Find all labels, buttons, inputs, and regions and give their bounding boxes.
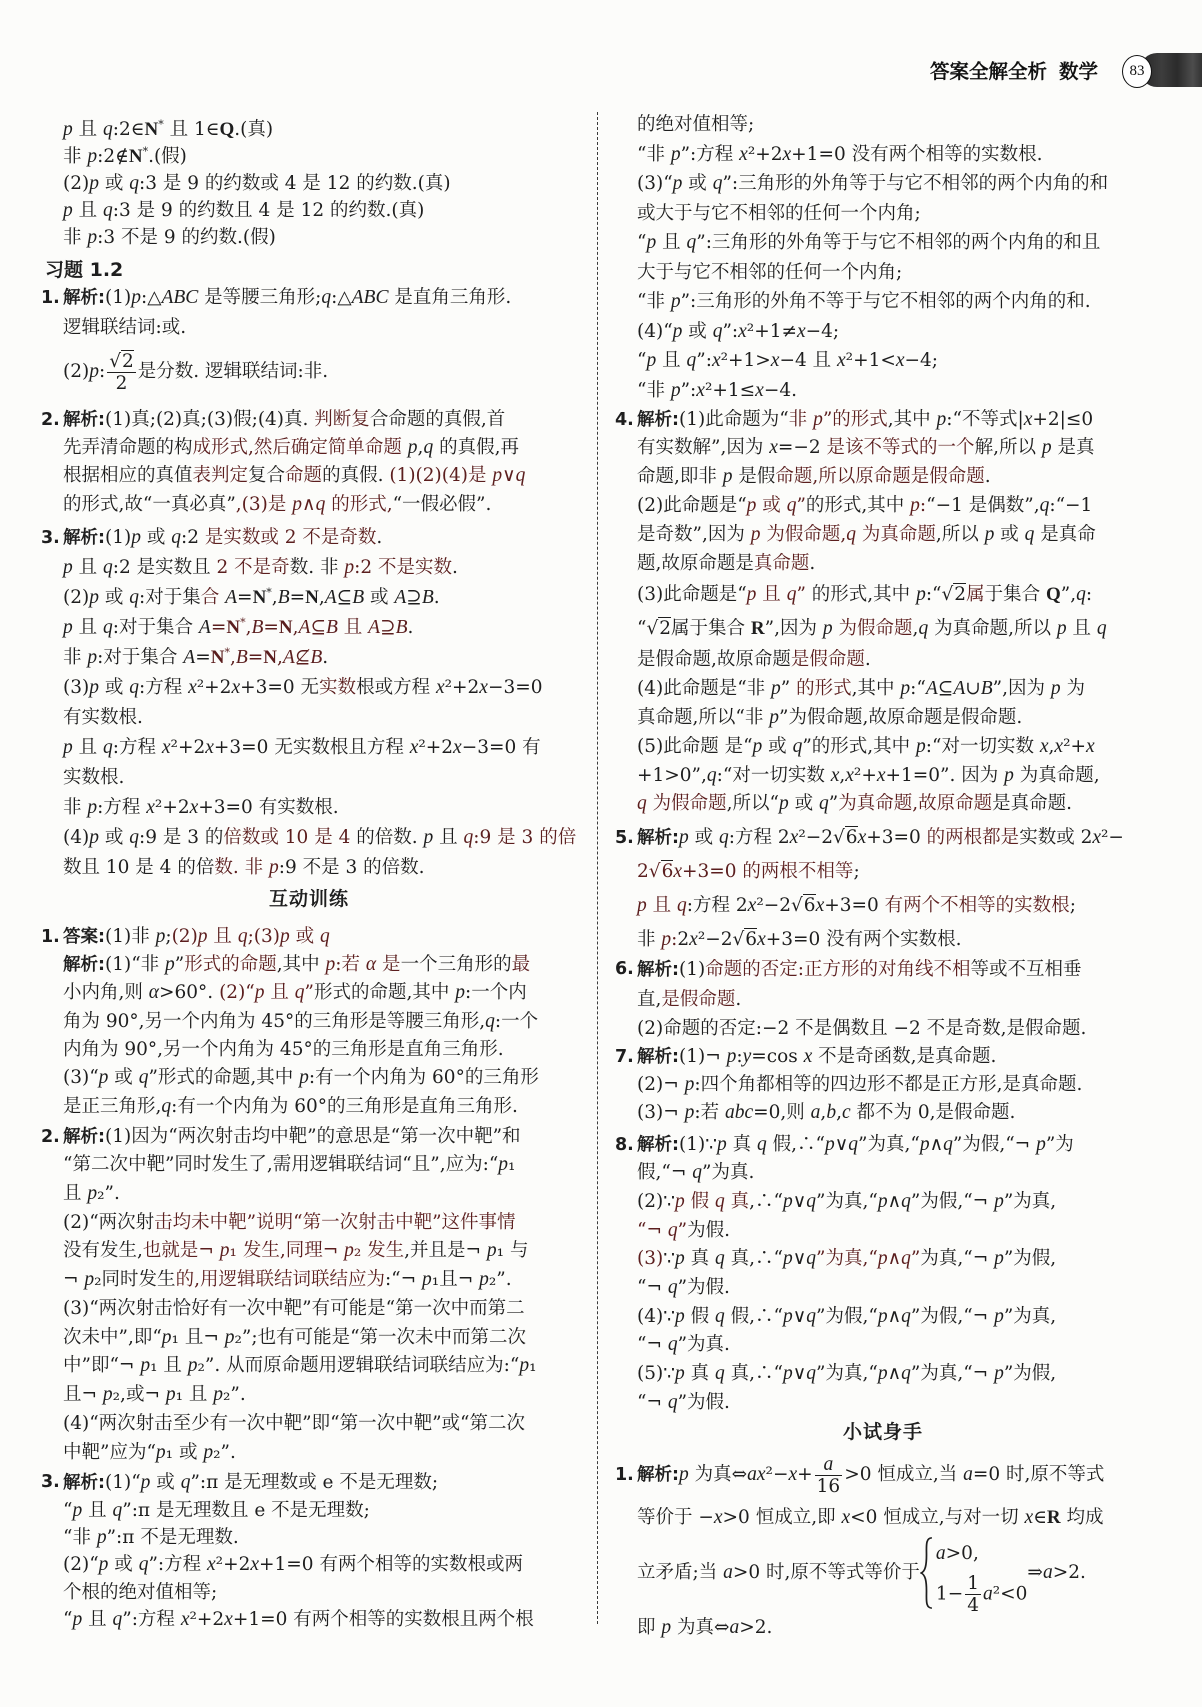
- text-segment: p 且 q:方程 x²+2x+3=0 无实数根且方程 x²+2x−3=0 有: [63, 737, 541, 758]
- text-segment: 的绝对值相等;: [637, 114, 754, 135]
- text-line: 非 p:对于集合 A=N*,B=N,A⊈B.: [63, 643, 583, 673]
- interactive-question-4: 4.解析:(1)此命题为“非 p”的形式,其中 p:“不等式|x+2|≤0有实数…: [637, 406, 1157, 820]
- text-line: 且¬ p₂,或¬ p₁ 且 p₂”.: [63, 1381, 583, 1410]
- text-segment: (2)¬ p:四个角都相等的四边形不都是正方形,是真命题.: [637, 1074, 1082, 1095]
- text-segment: (1)∵p 真 q 假,∴“p∨q”为真,“p∧q”为假,“¬ p”为: [679, 1134, 1074, 1155]
- highlighted-text: 2√6x+3=0 的两根不相等: [637, 860, 853, 882]
- text-segment: “p 且 q”:方程 x²+2x+1=0 有两个相等的实数根且两个根: [63, 1609, 534, 1630]
- text-segment: ;: [1070, 895, 1076, 916]
- answer-label: 解析:: [63, 1473, 105, 1493]
- text-line: p 且 q:3 是 9 的约数且 4 是 12 的约数.(真): [63, 197, 583, 224]
- highlighted-text: 命题,所以原命题是假命题: [775, 466, 984, 487]
- text-line: 是正三角形,q:有一个内角为 60°的三角形是直角三角形.: [63, 1093, 583, 1121]
- text-line: 2√6x+3=0 的两根不相等;: [637, 855, 1157, 889]
- text-segment: “第二次中靶”同时发生了,需用逻辑联结词“且”,应为:“p₁: [63, 1154, 515, 1175]
- text-segment: 没有发生,: [63, 1240, 143, 1261]
- text-segment: 复合: [248, 465, 285, 486]
- text-line: 有实数解”,因为 x=−2 是该不等式的一个解,所以 p 是真: [637, 434, 1157, 463]
- text-line: (4)p 或 q:9 是 3 的倍数或 10 是 4 的倍数. p 且 q:9 …: [63, 823, 583, 853]
- text-line: p 且 q:2∈N* 且 1∈Q.(真): [63, 116, 583, 143]
- text-line: 非 p:3 不是 9 的约数.(假): [63, 224, 583, 251]
- text-line: “非 p”:方程 x²+2x+1=0 没有两个相等的实数根.: [637, 140, 1157, 170]
- highlighted-text: 成形式,然后确定简单命题: [193, 437, 402, 458]
- text-line: “¬ q”为假.: [637, 1389, 1157, 1418]
- text-line: 中靶”应为“p₁ 或 p₂”.: [63, 1439, 583, 1468]
- text-line: 真命题,所以“非 p”为假命题,故原命题是假命题.: [637, 704, 1157, 733]
- highlighted-text: 命题的否定:正方形的对角线不相: [705, 959, 970, 980]
- text-line: 题,故原命题是真命题.: [637, 550, 1157, 579]
- text-segment: 中”即“¬ p₁ 且 p₂”. 从而原命题用逻辑联结词联结应为:“p₁: [63, 1355, 537, 1376]
- text-line: (2)∵p 假 q 真,∴“p∨q”为真,“p∧q”为假,“¬ p”为真,: [637, 1188, 1157, 1217]
- highlighted-text: 是假命题: [791, 649, 865, 670]
- text-segment: 为假.: [687, 1220, 730, 1241]
- text-line: p 且 q:2 是实数且 2 不是奇数. 非 p:2 不是实数.: [63, 553, 583, 583]
- interactive-question-2: 2.解析:(1)因为“两次射击均中靶”的意思是“第一次中靶”和“第二次中靶”同时…: [63, 1123, 583, 1468]
- text-segment: ,其中 p:“不等式|x+2|≤0: [888, 409, 1093, 430]
- text-segment: 为真,“¬ p”为假,: [920, 1248, 1056, 1269]
- text-segment: .: [322, 647, 328, 668]
- text-segment: “¬ q”为假.: [637, 1392, 730, 1413]
- text-segment: p 且 q:2∈N* 且 1∈Q.(真): [63, 119, 273, 140]
- text-segment: 是奇数”,因为: [637, 524, 751, 545]
- text-line: 1.解析:p 为真⇔ax²−x+a16>0 恒成立,当 a=0 时,原不等式: [637, 1446, 1157, 1504]
- text-line: 内角为 90°,另一个内角为 45°的三角形是直角三角形.: [63, 1036, 583, 1064]
- text-line: 非 p:2x²−2√6x+3=0 没有两个实数根.: [637, 923, 1157, 957]
- text-segment: ⇒a>2.: [1027, 1562, 1085, 1583]
- text-segment: (3)此命题是“: [637, 584, 747, 605]
- text-segment: 1−: [936, 1584, 963, 1605]
- continued-answer: p 且 q:2∈N* 且 1∈Q.(真)非 p:2∉N*.(假)(2)p 或 q…: [63, 116, 583, 251]
- text-line: 7.解析:(1)¬ p:y=cos x 不是奇函数,是真命题.: [637, 1043, 1157, 1071]
- text-segment: ,q 为真命题,所以 p 且 q: [913, 618, 1107, 639]
- highlighted-text: ,(3)是 p∧q 的形式,: [236, 494, 393, 515]
- text-segment: (1)非 p;: [105, 926, 172, 947]
- highlighted-text: p 假 q 真: [675, 1191, 749, 1212]
- exercise-question-3: 3.解析:(1)p 或 q:2 是实数或 2 不是奇数.p 且 q:2 是实数且…: [63, 523, 583, 883]
- highlighted-text: p 或 q”: [747, 495, 806, 516]
- text-segment: ,所以“p 或 q”: [727, 793, 839, 814]
- text-segment: 或大于与它不相邻的任何一个内角;: [637, 203, 921, 224]
- text-line: 中”即“¬ p₁ 且 p₂”. 从而原命题用逻辑联结词联结应为:“p₁: [63, 1352, 583, 1381]
- text-segment: (3)¬ p:若 abc=0,则 a,b,c 都不为 0,是假命题.: [637, 1102, 1015, 1123]
- text-segment: 等或不互相垂: [970, 959, 1081, 980]
- interactive-question-3: 3.解析:(1)“p 或 q”:π 是无理数或 e 不是无理数;“p 且 q”:…: [63, 1469, 583, 1633]
- text-line: 2.解析:(1)因为“两次射击均中靶”的意思是“第一次中靶”和: [63, 1123, 583, 1152]
- text-segment: 直,: [637, 989, 661, 1010]
- text-segment: 先弄清命题的构: [63, 437, 193, 458]
- text-segment: (1)“p 或 q”:π 是无理数或 e 不是无理数;: [105, 1472, 438, 1493]
- highlighted-text: p 为假命题,q 为真命题: [751, 524, 936, 545]
- text-segment: 的倍数. p 且: [350, 827, 463, 848]
- question-number: 7.: [615, 1043, 634, 1071]
- text-line: 先弄清命题的构成形式,然后确定简单命题 p,q 的真假,再: [63, 434, 583, 462]
- text-segment: +1>0”,q:“对一切实数 x,x²+x+1=0”. 因为 p 为真命题,: [637, 765, 1100, 786]
- question-number: 3.: [41, 523, 60, 553]
- text-segment: .: [809, 553, 815, 574]
- text-segment: 于集合 Q”,q:: [985, 584, 1093, 605]
- text-line: p 且 q:对于集合 A=N*,B=N,A⊆B 且 A⊇B.: [63, 613, 583, 643]
- highlighted-text: p:2 不是实数: [344, 557, 452, 578]
- text-line: “p 且 q”:方程 x²+2x+1=0 有两个相等的实数根且两个根: [63, 1606, 583, 1633]
- text-line: “¬ q”为假.: [637, 1217, 1157, 1246]
- highlighted-text: 2 不是奇: [217, 557, 290, 578]
- text-line: “非 p”:三角形的外角不等于与它不相邻的两个内角的和.: [637, 287, 1157, 317]
- text-line: p 且 q:方程 x²+2x+3=0 无实数根且方程 x²+2x−3=0 有: [63, 733, 583, 763]
- case-row: a>0,: [936, 1535, 1028, 1573]
- highlighted-text: 倍数或 10 是 4: [223, 827, 350, 848]
- text-line: 个根的绝对值相等;: [63, 1579, 583, 1606]
- left-brace-icon: [920, 1537, 933, 1609]
- text-line: ¬ p₂同时发生的,用逻辑联结词联结应为:“¬ p₁且¬ p₂”.: [63, 1266, 583, 1295]
- question-number: 5.: [615, 821, 634, 855]
- text-line: 即 p 为真⇔a>2.: [637, 1614, 1157, 1642]
- interactive-question-3-continued: 的绝对值相等;“非 p”:方程 x²+2x+1=0 没有两个相等的实数根.(3)…: [637, 110, 1157, 405]
- text-segment: ,并且是¬ p₁ 与: [404, 1240, 528, 1261]
- text-segment: p 且 q:3 是 9 的约数且 4 是 12 的约数.(真): [63, 200, 424, 221]
- text-line: p 且 q:方程 2x²−2√6x+3=0 有两个不相等的实数根;: [637, 889, 1157, 923]
- text-segment: (4)p 或 q:9 是 3 的: [63, 827, 223, 848]
- text-line: (2)此命题是“p 或 q”的形式,其中 p:“−1 是偶数”,q:“−1: [637, 492, 1157, 521]
- text-line: 且 p₂”.: [63, 1180, 583, 1209]
- text-segment: 非 p:2∉N*.(假): [63, 146, 187, 167]
- text-line: 3.解析:(1)“p 或 q”:π 是无理数或 e 不是无理数;: [63, 1469, 583, 1496]
- highlighted-text: ”为真,“p∧q”: [816, 1248, 920, 1269]
- text-segment: 实数或 2x²−: [1019, 827, 1124, 848]
- text-line: 数且 10 是 4 的倍数. 非 p:9 不是 3 的倍数.: [63, 853, 583, 883]
- answer-label: 解析:: [63, 288, 105, 308]
- text-segment: (2)p 或 q:对于集: [63, 587, 201, 608]
- interactive-question-8: 8.解析:(1)∵p 真 q 假,∴“p∨q”为真,“p∧q”为假,“¬ p”为…: [637, 1131, 1157, 1418]
- text-segment: 等价于 −x>0 恒成立,即 x<0 恒成立,与对一切 x∈R 均成: [637, 1507, 1104, 1528]
- text-segment: “非 p”:x²+1≤x−4.: [637, 380, 797, 401]
- text-segment: A=N*,B=N,A⊆B 或 A⊇B.: [219, 587, 439, 608]
- text-segment: “p 且 q”:π 是无理数且 e 不是无理数;: [63, 1500, 370, 1521]
- text-line: “p 且 q”:三角形的外角等于与它不相邻的两个内角的和且: [637, 228, 1157, 258]
- text-segment: .: [865, 649, 871, 670]
- text-segment: (5)此命题 是“p 或 q”的形式,其中 p:“对一切实数 x,x²+x: [637, 736, 1095, 757]
- highlighted-text: p 且 q: [637, 895, 687, 916]
- text-segment: “p 且 q”:三角形的外角等于与它不相邻的两个内角的和且: [637, 232, 1100, 253]
- fraction-denominator: 2: [107, 373, 136, 394]
- question-number: 1.: [41, 283, 60, 313]
- highlighted-text: 是该不等式的一个: [827, 437, 975, 458]
- text-line: 2.解析:(1)真;(2)真;(3)假;(4)真. 判断复合命题的真假,首: [63, 406, 583, 434]
- question-number: 8.: [615, 1131, 634, 1160]
- highlighted-text: 是实数或 2 不是奇数: [205, 527, 377, 548]
- text-segment: (2)“p 或 q”:方程 x²+2x+1=0 有两个相等的实数根或两: [63, 1554, 523, 1575]
- text-segment: (4)“p 或 q”:x²+1≠x−4;: [637, 321, 839, 342]
- text-segment: “一假必假”.: [393, 494, 492, 515]
- text-segment: 且 p₂”.: [63, 1183, 120, 1204]
- text-line: (2)p 或 q:3 是 9 的约数或 4 是 12 的约数.(真): [63, 170, 583, 197]
- page-number: 83: [1130, 63, 1145, 79]
- text-segment: 的真假.: [322, 465, 389, 486]
- text-segment: (2)∵: [637, 1191, 675, 1212]
- text-segment: p,q 的真假,再: [402, 437, 519, 458]
- highlighted-text: (2)p 且 q;(3)p 或 q: [172, 926, 330, 947]
- text-line: 根据相应的真值表判定复合命题的真假. (1)(2)(4)是 p∨q: [63, 462, 583, 490]
- text-segment: ∵p 真 q 真,∴“p∨q: [663, 1248, 816, 1269]
- highlighted-text: 非 p”的形式: [789, 409, 888, 430]
- text-segment: a>0,: [936, 1543, 979, 1564]
- case-row: 1−14a²<0: [936, 1573, 1028, 1611]
- text-segment: 非 p:3 不是 9 的约数.(假): [63, 227, 276, 248]
- text-line: 5.解析:p 或 q:方程 2x²−2√6x+3=0 的两根都是实数或 2x²−: [637, 821, 1157, 855]
- text-line: (2)“p 或 q”:方程 x²+2x+1=0 有两个相等的实数根或两: [63, 1551, 583, 1578]
- fraction: 14: [965, 1573, 981, 1616]
- practice-question-1: 1.解析:p 为真⇔ax²−x+a16>0 恒成立,当 a=0 时,原不等式等价…: [637, 1446, 1157, 1642]
- text-segment: (3)p 或 q:方程 x²+2x+3=0 无: [63, 677, 319, 698]
- text-line: 解析:(1)“非 p”形式的命题,其中 p:若 α 是一个三角形的最: [63, 951, 583, 979]
- text-segment: (1)“非 p”: [105, 954, 184, 975]
- text-line: 1.答案:(1)非 p;(2)p 且 q;(3)p 或 q: [63, 923, 583, 951]
- text-segment: ,其中: [277, 954, 326, 975]
- text-line: “非 p”:π 不是无理数.: [63, 1524, 583, 1551]
- question-number: 1.: [41, 923, 60, 951]
- text-segment: :9 不是 3 的倍数.: [279, 857, 425, 878]
- highlighted-text: N*,B=N,A⊈B: [211, 647, 323, 668]
- text-line: (3)¬ p:若 abc=0,则 a,b,c 都不为 0,是假命题.: [637, 1099, 1157, 1127]
- text-segment: ¬ p₂同时发生: [63, 1269, 176, 1290]
- fraction-denominator: 16: [815, 1476, 843, 1497]
- text-line: 小内角,则 α>60°. (2)“p 且 q”形式的命题,其中 p:一个内: [63, 979, 583, 1007]
- text-segment: (4)∵p 假 q 假,∴“p∨q”为假,“p∧q”为假,“¬ p”为真,: [637, 1306, 1056, 1327]
- highlighted-text: 是假命题: [661, 989, 735, 1010]
- highlighted-text: 实数: [319, 677, 356, 698]
- text-segment: (1)¬ p:y=cos x 不是奇函数,是真命题.: [679, 1046, 996, 1067]
- answer-label: 解析:: [637, 828, 679, 848]
- text-segment: 且¬ p₂,或¬ p₁ 且 p₂”.: [63, 1384, 246, 1405]
- text-segment: a²<0: [983, 1584, 1027, 1605]
- text-line: 次未中”,即“p₁ 且¬ p₂”;也有可能是“第一次未中而第二次: [63, 1324, 583, 1353]
- text-segment: 立矛盾;当 a>0 时,原不等式等价于: [637, 1562, 920, 1583]
- text-segment: p 且 q:2 是实数且: [63, 557, 217, 578]
- text-line: (4)∵p 假 q 假,∴“p∨q”为假,“p∧q”为假,“¬ p”为真,: [637, 1303, 1157, 1332]
- left-column: p 且 q:2∈N* 且 1∈Q.(真)非 p:2∉N*.(假)(2)p 或 q…: [63, 0, 583, 1707]
- text-segment: :“¬ p₁且¬ p₂”.: [385, 1269, 512, 1290]
- text-segment: >0 恒成立,当 a=0 时,原不等式: [844, 1464, 1104, 1485]
- text-segment: 是正三角形,q:有一个内角为 60°的三角形是直角三角形.: [63, 1096, 518, 1117]
- highlighted-text: 为假命题: [839, 618, 913, 639]
- text-line: “√2属于集合 R”,因为 p 为假命题,q 为真命题,所以 p 且 q: [637, 612, 1157, 646]
- text-segment: 一个三角形的: [401, 954, 512, 975]
- text-line: “¬ q”为假.: [637, 1274, 1157, 1303]
- text-line: (4)此命题是“非 p” 的形式,其中 p:“A⊆A∪B”,因为 p 为: [637, 675, 1157, 704]
- text-segment: “非 p”:方程 x²+2x+1=0 没有两个相等的实数根.: [637, 144, 1042, 165]
- text-segment: 内角为 90°,另一个内角为 45°的三角形是直角三角形.: [63, 1039, 504, 1060]
- exercise-question-2: 2.解析:(1)真;(2)真;(3)假;(4)真. 判断复合命题的真假,首先弄清…: [63, 406, 583, 519]
- interactive-question-1: 1.答案:(1)非 p;(2)p 且 q;(3)p 或 q解析:(1)“非 p”…: [63, 923, 583, 1121]
- text-segment: 解,所以 p 是真: [975, 437, 1095, 458]
- question-number: 1.: [615, 1446, 634, 1504]
- text-line: 3.解析:(1)p 或 q:2 是实数或 2 不是奇数.: [63, 523, 583, 553]
- question-number: 2.: [41, 406, 60, 434]
- text-segment: 是假命题,故原命题: [637, 649, 791, 670]
- text-line: 直,是假命题.: [637, 985, 1157, 1015]
- interactive-question-5: 5.解析:p 或 q:方程 2x²−2√6x+3=0 的两根都是实数或 2x²−…: [637, 821, 1157, 957]
- text-segment: .: [408, 617, 414, 638]
- text-segment: 的形式,其中 p:“√2: [806, 583, 966, 605]
- text-line: (5)∵p 真 q 真,∴“p∨q”为真,“p∧q”为真,“¬ p”为假,: [637, 1360, 1157, 1389]
- text-line: q 为假命题,所以“p 或 q”为真命题,故原命题是真命题.: [637, 790, 1157, 819]
- highlighted-text: 有两个不相等的实数根: [885, 895, 1070, 916]
- text-line: (3)“两次射击恰好有一次中靶”有可能是“第一次中而第二: [63, 1295, 583, 1324]
- case-system: a>0,1−14a²<0: [920, 1535, 1028, 1611]
- text-line: (2)命题的否定:−2 不是偶数且 −2 不是奇数,是假命题.: [637, 1014, 1157, 1044]
- text-segment: 中靶”应为“p₁ 或 p₂”.: [63, 1442, 236, 1463]
- text-line: (3)“p 或 q”:三角形的外角等于与它不相邻的两个内角的和: [637, 169, 1157, 199]
- text-segment: “非 p”:π 不是无理数.: [63, 1527, 239, 1548]
- text-segment: p 为真⇔ax²−x+: [679, 1464, 813, 1485]
- fraction-numerator: √2: [107, 351, 136, 373]
- text-line: 6.解析:(1)命题的否定:正方形的对角线不相等或不互相垂: [637, 955, 1157, 985]
- highlighted-text: 命题: [285, 465, 322, 486]
- highlighted-text: (3): [637, 1248, 663, 1269]
- answer-label: 解析:: [63, 528, 105, 548]
- text-segment: 的形式,故“一真必真”: [63, 494, 236, 515]
- text-segment: “−1 是偶数”,q:“−1: [926, 495, 1092, 516]
- text-segment: 非 p:对于集合 A=: [63, 647, 211, 668]
- text-segment: 命题,即非 p 是假: [637, 466, 775, 487]
- text-segment: 题,故原命题是: [637, 553, 754, 574]
- text-segment: 根或方程 x²+2x−3=0: [356, 677, 542, 698]
- text-segment: 是分数. 逻辑联结词:非.: [138, 361, 328, 382]
- highlighted-text: “¬ q”: [637, 1220, 687, 1241]
- text-segment: (3)“两次射击恰好有一次中靶”有可能是“第一次中而第二: [63, 1298, 525, 1319]
- text-segment: p 或 q:方程 2x²−2√6x+3=0: [679, 826, 927, 848]
- question-number: 3.: [41, 1469, 60, 1496]
- highlighted-text: p:: [910, 495, 926, 516]
- text-segment: (2)“两次射: [63, 1212, 154, 1233]
- text-line: 立矛盾;当 a>0 时,原不等式等价于a>0,1−14a²<0⇒a>2.: [637, 1532, 1157, 1614]
- text-line: “p 且 q”:x²+1>x−4 且 x²+1<x−4;: [637, 346, 1157, 376]
- answer-label: 解析:: [637, 1047, 679, 1067]
- text-segment: 即 p 为真⇔a>2.: [637, 1617, 772, 1638]
- text-segment: 根据相应的真值: [63, 465, 193, 486]
- answer-label: 解析:: [637, 1465, 679, 1485]
- text-segment: (3)“p 或 q”形式的命题,其中 p:有一个内角为 60°的三角形: [63, 1067, 539, 1088]
- text-line: 角为 90°,另一个内角为 45°的三角形是等腰三角形,q:一个: [63, 1008, 583, 1036]
- highlighted-text: 判断复: [314, 409, 370, 430]
- right-column: 的绝对值相等;“非 p”:方程 x²+2x+1=0 没有两个相等的实数根.(3)…: [637, 0, 1157, 1707]
- highlighted-text: p:: [661, 929, 677, 950]
- highlighted-text: 形式的命题: [184, 954, 277, 975]
- text-line: “第二次中靶”同时发生了,需用逻辑联结词“且”,应为:“p₁: [63, 1151, 583, 1180]
- highlighted-text: 表判定: [193, 465, 249, 486]
- fraction: √22: [107, 351, 136, 394]
- text-line: 没有发生,也就是¬ p₁ 发生,同理¬ p₂ 发生,并且是¬ p₁ 与: [63, 1237, 583, 1266]
- highlighted-text: 真命题: [754, 553, 810, 574]
- text-segment: “√2属于集合 R”,因为 p: [637, 617, 839, 639]
- text-segment: 的形式,其中: [806, 495, 910, 516]
- highlighted-text: =N*,B=N,A⊆B 且 A⊇B: [211, 617, 408, 638]
- answer-label: 解析:: [637, 960, 679, 980]
- highlighted-text: 为真命题,故原命题: [838, 793, 992, 814]
- highlighted-text: 也就是¬ p₁ 发生,同理¬ p₂ 发生: [143, 1240, 404, 1261]
- text-segment: (1)p:△ABC 是等腰三角形;q:△ABC 是直角三角形.: [105, 287, 511, 308]
- text-line: 的绝对值相等;: [637, 110, 1157, 140]
- highlighted-text: (1)(2)(4)是 p∨q: [389, 465, 525, 486]
- text-segment: 个根的绝对值相等;: [63, 1582, 217, 1603]
- fraction-numerator: 1: [965, 1573, 981, 1595]
- text-line: 是假命题,故原命题是假命题.: [637, 646, 1157, 675]
- text-segment: 是真命题.: [992, 793, 1072, 814]
- text-segment: (1)此命题为“: [679, 409, 789, 430]
- text-line: (3)p 或 q:方程 x²+2x+3=0 无实数根或方程 x²+2x−3=0: [63, 673, 583, 703]
- fraction-denominator: 4: [965, 1595, 981, 1616]
- highlighted-text: q:9 是 3 的倍: [464, 827, 577, 848]
- text-segment: 非 p:方程 x²+2x+3=0 有实数根.: [63, 797, 339, 818]
- text-line: 假,“¬ q”为真.: [637, 1159, 1157, 1188]
- text-segment: ,∴“p∨q”为真,“p∧q”为假,“¬ p”为真,: [749, 1191, 1056, 1212]
- text-segment: ;: [853, 861, 859, 882]
- text-segment: 角为 90°,另一个内角为 45°的三角形是等腰三角形,q:一个: [63, 1011, 538, 1032]
- text-segment: (2)p:: [63, 361, 105, 382]
- text-segment: 大于与它不相邻的任何一个内角;: [637, 262, 902, 283]
- text-line: (2)p:√22是分数. 逻辑联结词:非.: [63, 343, 583, 401]
- text-segment: “p 且 q”:x²+1>x−4 且 x²+1<x−4;: [637, 350, 938, 371]
- text-segment: (2)此命题是“: [637, 495, 747, 516]
- answer-label: 解析:: [637, 410, 679, 430]
- answer-label: 解析:: [637, 1135, 679, 1155]
- interactive-question-7: 7.解析:(1)¬ p:y=cos x 不是奇函数,是真命题.(2)¬ p:四个…: [637, 1043, 1157, 1127]
- text-segment: 数. 非: [290, 557, 345, 578]
- highlighted-text: 的形式: [796, 678, 852, 699]
- text-segment: 次未中”,即“p₁ 且¬ p₂”;也有可能是“第一次未中而第二次: [63, 1327, 526, 1348]
- text-segment: (2)p 或 q:3 是 9 的约数或 4 是 12 的约数.(真): [63, 173, 451, 194]
- text-segment: (1)真;(2)真;(3)假;(4)真.: [105, 409, 314, 430]
- highlighted-text: 数. 非 p: [214, 857, 278, 878]
- question-number: 2.: [41, 1123, 60, 1152]
- text-line: “非 p”:x²+1≤x−4.: [637, 376, 1157, 406]
- exercise-heading: 习题 1.2: [45, 256, 565, 284]
- text-line: 1.解析:(1)p:△ABC 是等腰三角形;q:△ABC 是直角三角形.: [63, 283, 583, 313]
- text-segment: 合命题的真假,首: [370, 409, 505, 430]
- text-line: 8.解析:(1)∵p 真 q 假,∴“p∨q”为真,“p∧q”为假,“¬ p”为: [637, 1131, 1157, 1160]
- interactive-training-title: 互动训练: [63, 882, 555, 916]
- text-line: “p 且 q”:π 是无理数且 e 不是无理数;: [63, 1497, 583, 1524]
- text-line: +1>0”,q:“对一切实数 x,x²+x+1=0”. 因为 p 为真命题,: [637, 762, 1157, 791]
- text-segment: 小内角,则 α>60°.: [63, 982, 219, 1003]
- text-segment: (1): [679, 959, 705, 980]
- text-segment: 真命题,所以“非 p”为假命题,故原命题是假命题.: [637, 707, 1022, 728]
- highlighted-text: p:若 α 是: [326, 954, 401, 975]
- text-line: 等价于 −x>0 恒成立,即 x<0 恒成立,与对一切 x∈R 均成: [637, 1504, 1157, 1532]
- highlighted-text: (2)“p 且 q”: [219, 982, 314, 1003]
- text-segment: “¬ q”为真.: [637, 1334, 730, 1355]
- text-line: (2)p 或 q:对于集合 A=N*,B=N,A⊆B 或 A⊇B.: [63, 583, 583, 613]
- text-line: 的形式,故“一真必真”,(3)是 p∧q 的形式,“一假必假”.: [63, 491, 583, 519]
- text-line: 或大于与它不相邻的任何一个内角;: [637, 199, 1157, 229]
- textbook-answer-page: 答案全解全析数学 83 p 且 q:2∈N* 且 1∈Q.(真)非 p:2∉N*…: [0, 0, 1202, 1707]
- text-line: (4)“p 或 q”:x²+1≠x−4;: [637, 317, 1157, 347]
- highlighted-text: p 且 q”: [747, 584, 806, 605]
- text-line: (3)此命题是“p 且 q” 的形式,其中 p:“√2属于集合 Q”,q:: [637, 578, 1157, 612]
- text-segment: “非 p”:三角形的外角不等于与它不相邻的两个内角的和.: [637, 291, 1091, 312]
- text-line: 是奇数”,因为 p 为假命题,q 为真命题,所以 p 或 q 是真命: [637, 521, 1157, 550]
- text-line: 实数根.: [63, 763, 583, 793]
- answer-label: 答案:: [63, 927, 105, 947]
- text-line: 非 p:方程 x²+2x+3=0 有实数根.: [63, 793, 583, 823]
- text-segment: .: [452, 557, 458, 578]
- text-line: 4.解析:(1)此命题为“非 p”的形式,其中 p:“不等式|x+2|≤0: [637, 406, 1157, 435]
- bold-label: 解析:: [63, 955, 105, 975]
- text-segment: :方程 2x²−2√6x+3=0: [687, 894, 885, 916]
- highlighted-text: q 为假命题: [637, 793, 727, 814]
- interactive-question-6: 6.解析:(1)命题的否定:正方形的对角线不相等或不互相垂直,是假命题.(2)命…: [637, 955, 1157, 1044]
- text-line: (4)“两次射击至少有一次中靶”即“第一次中靶”或“第二次: [63, 1410, 583, 1439]
- text-segment: (3)“p 或 q”:三角形的外角等于与它不相邻的两个内角的和: [637, 173, 1108, 194]
